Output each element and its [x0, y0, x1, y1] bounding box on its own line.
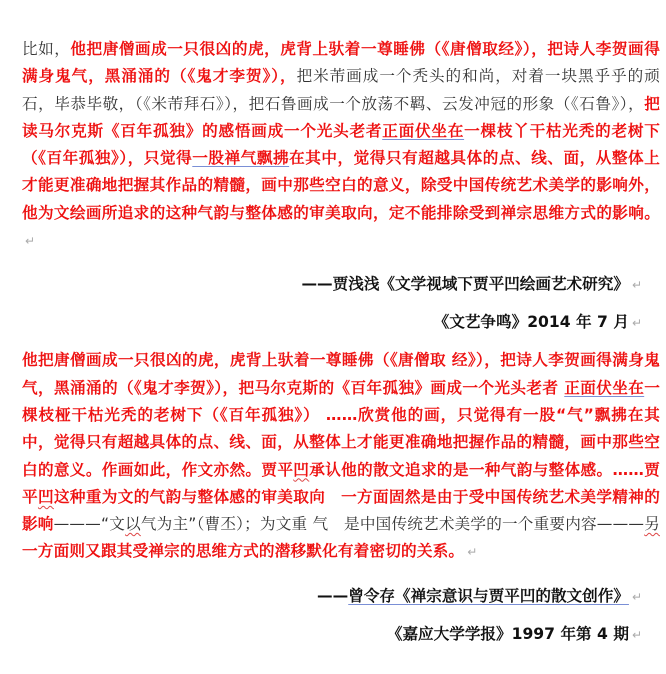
citation-2-dash: ——	[317, 587, 348, 605]
paragraph-mark-icon: ↵	[25, 234, 35, 248]
para2-spellcheck-2: 凹	[38, 488, 54, 506]
para2-spellcheck-4: 另	[644, 515, 660, 533]
para2-plain-1: ———“文	[54, 515, 125, 533]
paragraph-2: 他把唐僧画成一只很凶的虎，虎背上驮着一尊睡佛（《唐僧取 经》），把诗人李贺画得满…	[22, 347, 660, 566]
para2-underlined-1: 正面伏坐在	[564, 379, 644, 397]
paragraph-mark-icon: ↵	[632, 316, 642, 330]
para2-red-5: 一方面则又跟其受禅宗的思维方式的潜移默化有着密切的关系。	[22, 542, 464, 560]
citation-2-source: 《嘉应大学学报》1997 年第 4 期↵	[22, 621, 660, 649]
citation-1-author-text: ——贾浅浅《文学视域下贾平凹绘画艺术研究》	[301, 275, 628, 293]
citation-2-author-text: 曾令存《禅宗意识与贾平凹的散文创作》	[348, 587, 629, 605]
citation-1-source-text: 《文艺争鸣》2014 年 7 月	[434, 313, 629, 331]
paragraph-mark-icon: ↵	[632, 278, 642, 292]
document-page: 比如，他把唐僧画成一只很凶的虎，虎背上驮着一尊睡佛（《唐僧取经》），把诗人李贺画…	[0, 0, 660, 649]
paragraph-mark-icon: ↵	[632, 590, 642, 604]
paragraph-1: 比如，他把唐僧画成一只很凶的虎，虎背上驮着一尊睡佛（《唐僧取经》），把诗人李贺画…	[22, 36, 660, 255]
para1-intro: 比如，	[22, 40, 70, 58]
para2-plain-2: 气为主”（曹丕）；为文重 气 是中国传统艺术美学的一个重要内容———	[141, 515, 644, 533]
citation-2-author: ——曾令存《禅宗意识与贾平凹的散文创作》↵	[22, 583, 660, 611]
para1-underlined-1: 正面伏坐在	[382, 122, 464, 140]
para2-spellcheck-3: 以	[125, 515, 141, 533]
citation-1-source: 《文艺争鸣》2014 年 7 月↵	[22, 309, 660, 337]
para1-underlined-2: 一股禅气飘拂	[192, 149, 289, 167]
citation-1-author: ——贾浅浅《文学视域下贾平凹绘画艺术研究》↵	[22, 271, 660, 299]
paragraph-mark-icon: ↵	[632, 628, 642, 642]
citation-2-source-text: 《嘉应大学学报》1997 年第 4 期	[387, 625, 629, 643]
para2-spellcheck-1: 凹	[293, 461, 309, 479]
paragraph-mark-icon: ↵	[467, 545, 477, 559]
